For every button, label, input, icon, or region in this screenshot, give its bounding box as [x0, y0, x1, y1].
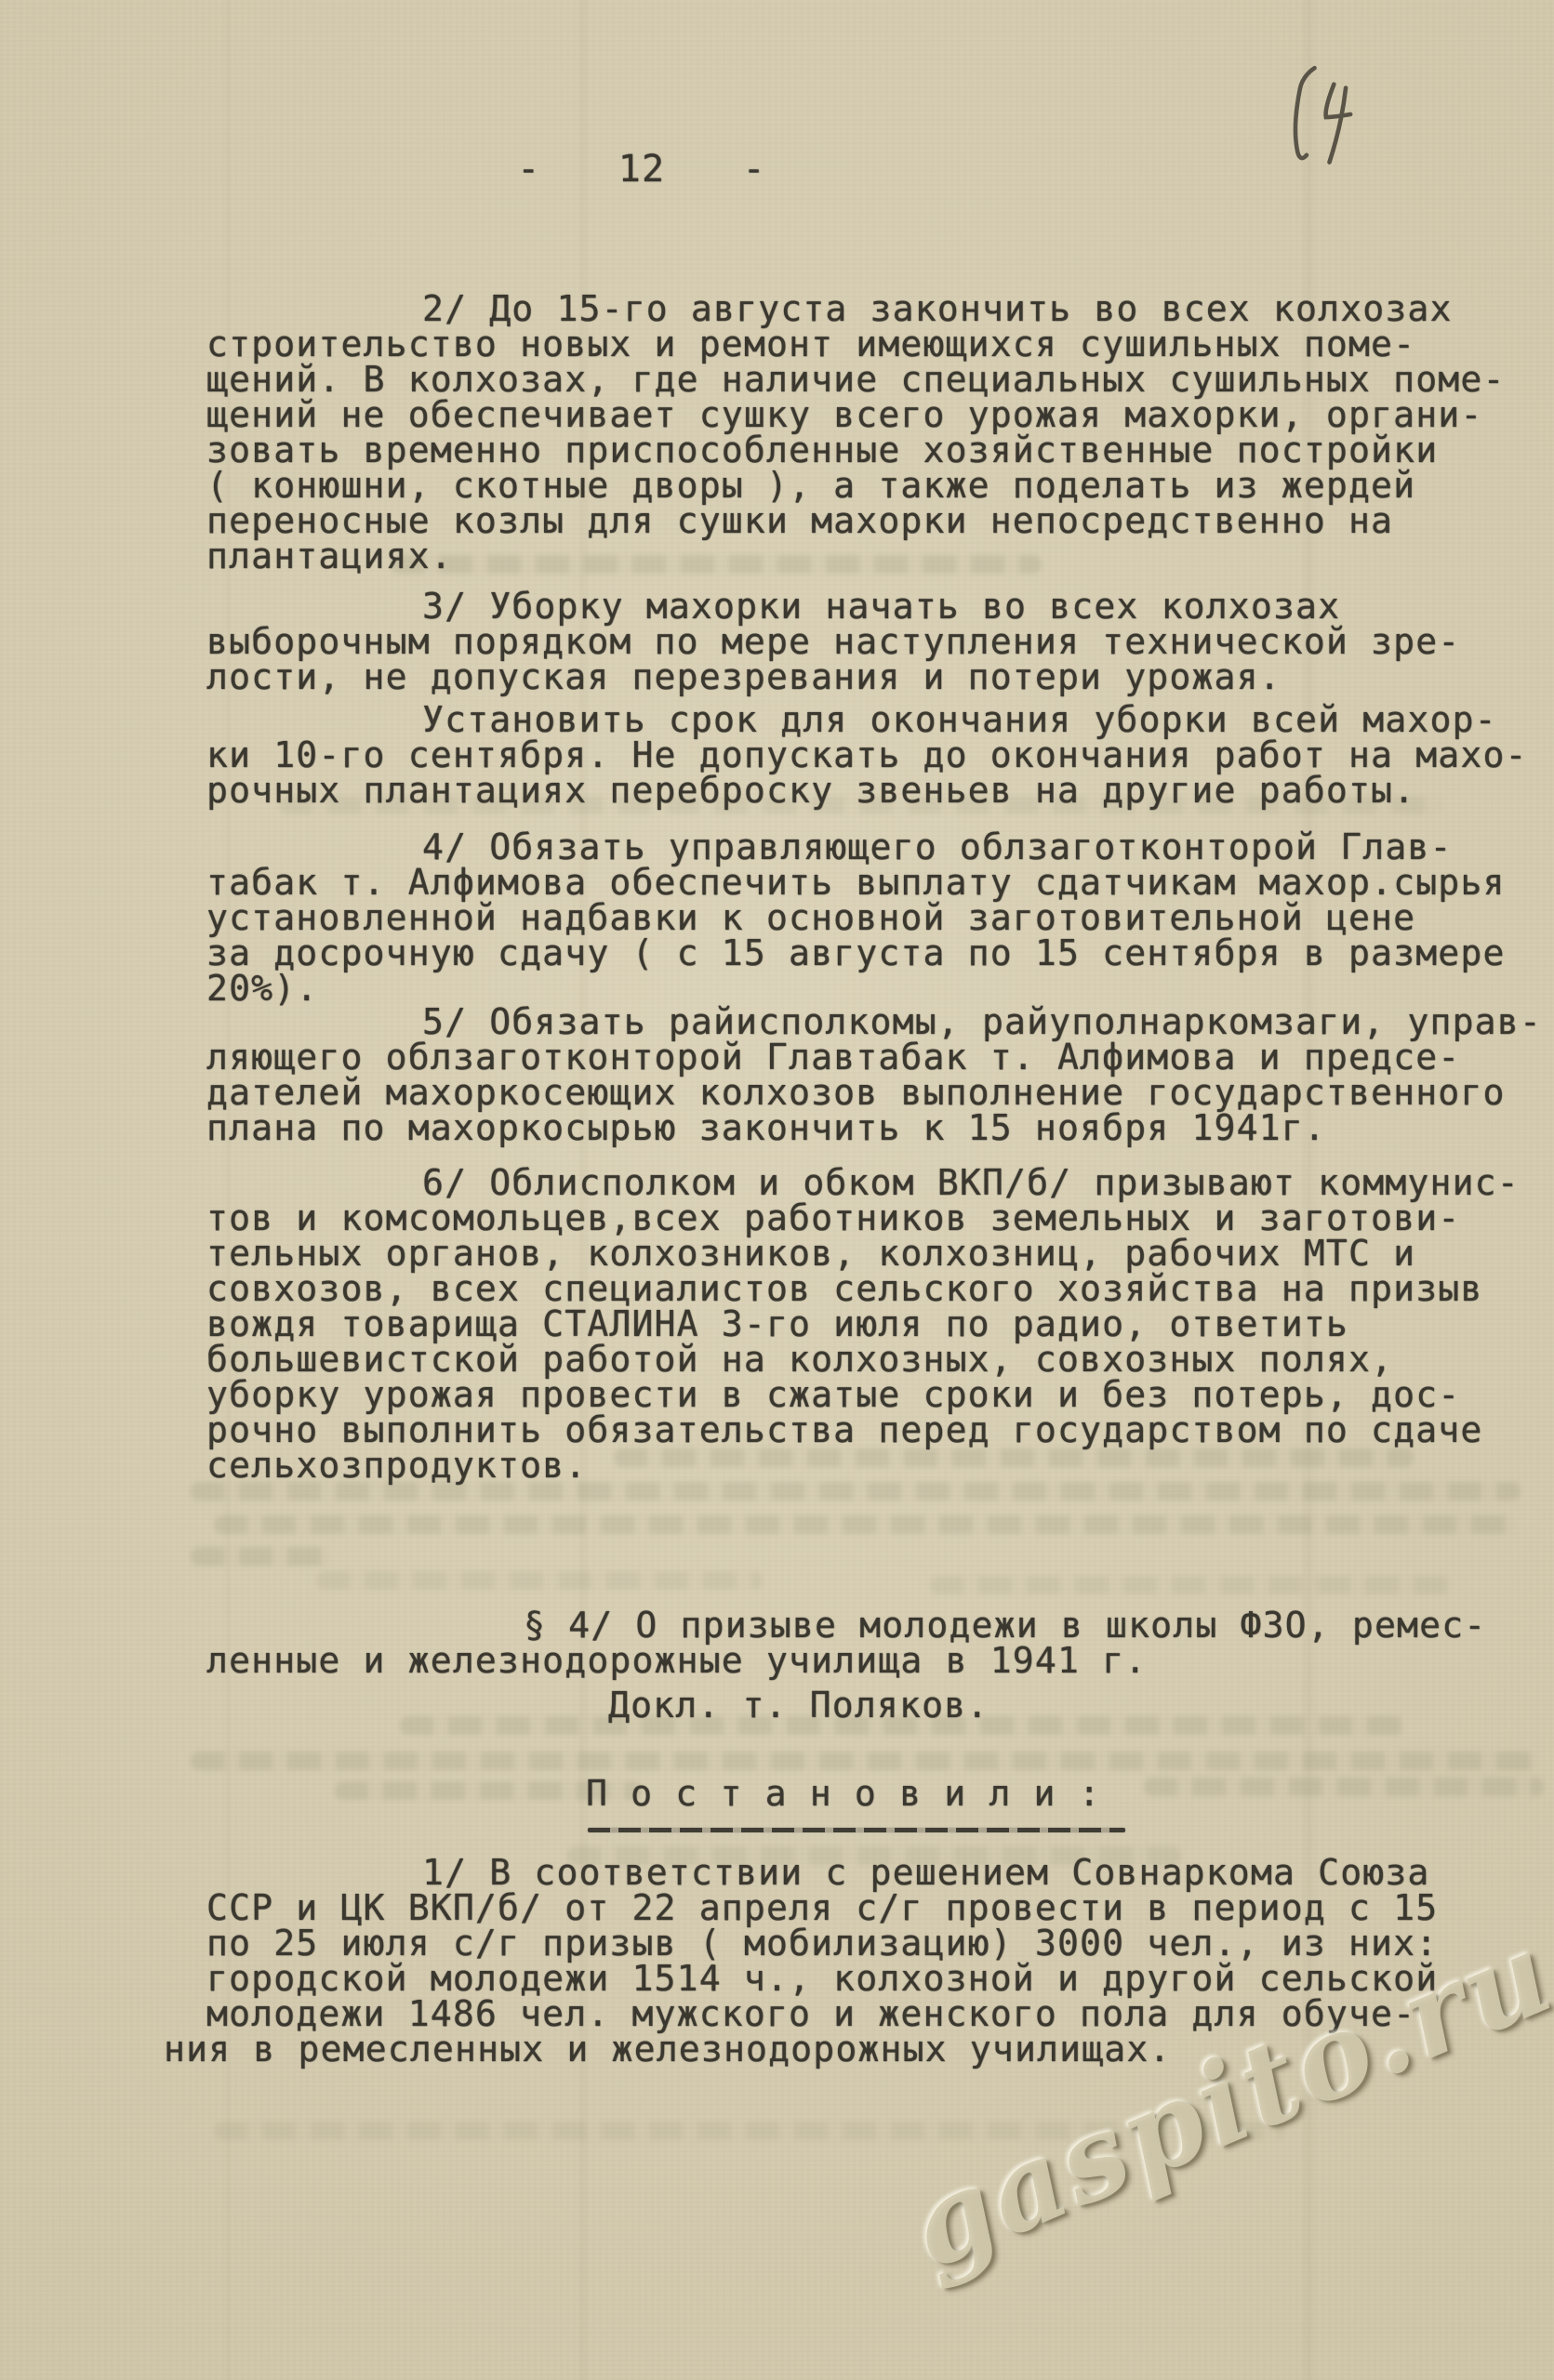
text-line: 3/ Уборку махорки начать во всех колхоза…: [206, 588, 1538, 624]
text-line: Установить срок для окончания уборки все…: [206, 702, 1538, 737]
text-line: зовать временно приспособленные хозяйств…: [206, 432, 1538, 468]
text-line: тов и комсомольцев,всех работников земел…: [206, 1200, 1538, 1236]
text-line: 2/ До 15-го августа закончить во всех ко…: [206, 291, 1538, 326]
bleed-through-text: [930, 1576, 1451, 1594]
resolved-heading: П о с т а н о в и л и :: [586, 1776, 1101, 1811]
text-line: рочных плантациях переброску звеньев на …: [206, 773, 1538, 808]
bleed-through-text: [191, 1752, 1539, 1770]
text-line: 5/ Обязать райисполкомы, райуполнаркомза…: [206, 1004, 1538, 1039]
bleed-through-text: [191, 1547, 330, 1566]
text-line: сельхозпродуктов.: [206, 1448, 1538, 1483]
text-line: ССР и ЦК ВКП/б/ от 22 апреля с/г провест…: [206, 1890, 1538, 1925]
handwritten-folio-number: 14: [1282, 59, 1367, 172]
paragraph-2: 2/ До 15-го августа закончить во всех ко…: [206, 291, 1538, 574]
speaker-line: Докл. т. Поляков.: [608, 1687, 989, 1723]
text-line: ( конюшни, скотные дворы ), а также поде…: [206, 468, 1538, 503]
text-line: плана по махоркосырью закончить к 15 ноя…: [206, 1110, 1538, 1145]
bleed-through-text: [316, 1571, 763, 1590]
bleed-through-text: [1144, 1778, 1544, 1796]
paragraph-4: 4/ Обязать управляющего облзаготконторой…: [206, 829, 1538, 1006]
text-line: плантациях.: [206, 538, 1538, 574]
text-line: табак т. Алфимова обеспечить выплату сда…: [206, 865, 1538, 900]
text-line: щений. В колхозах, где наличие специальн…: [206, 362, 1538, 397]
resolved-heading-underline: [588, 1828, 1125, 1832]
text-line: 1/ В соответствии с решением Совнаркома …: [206, 1855, 1538, 1890]
text-line: 4/ Обязать управляющего облзаготконторой…: [206, 829, 1538, 865]
text-line: тельных органов, колхозников, колхозниц,…: [206, 1236, 1538, 1271]
text-line: рочно выполнить обязательства перед госу…: [206, 1412, 1538, 1448]
text-line: лости, не допуская перезревания и потери…: [206, 659, 1538, 694]
text-line: 6/ Облисполком и обком ВКП/б/ призывают …: [206, 1165, 1538, 1200]
text-line: ки 10-го сентября. Не допускать до оконч…: [206, 737, 1538, 773]
paragraph-3-deadline: Установить срок для окончания уборки все…: [206, 702, 1538, 808]
text-line: большевистской работой на колхозных, сов…: [206, 1342, 1538, 1377]
text-line: совхозов, всех специалистов сельского хо…: [206, 1271, 1538, 1306]
bleed-through-text: [214, 1515, 1516, 1534]
text-line: строительство новых и ремонт имеющихся с…: [206, 326, 1538, 362]
text-line: щений не обеспечивает сушку всего урожая…: [206, 397, 1538, 432]
text-line: выборочным порядком по мере наступления …: [206, 624, 1538, 659]
page-number: - 12 -: [502, 151, 781, 188]
text-line: по 25 июля с/г призыв ( мобилизацию) 300…: [206, 1925, 1538, 1961]
paragraph-5: 5/ Обязать райисполкомы, райуполнаркомза…: [206, 1004, 1538, 1145]
text-line: ленные и железнодорожные училища в 1941 …: [206, 1643, 1538, 1678]
text-line: вождя товарища СТАЛИНА 3-го июля по ради…: [206, 1306, 1538, 1342]
section-4-heading: § 4/ О призыве молодежи в школы ФЗО, рем…: [206, 1607, 1538, 1678]
text-line: ляющего облзаготконторой Главтабак т. Ал…: [206, 1039, 1538, 1075]
text-line: дателей махоркосеющих колхозов выполнени…: [206, 1075, 1538, 1110]
text-line: за досрочную сдачу ( с 15 августа по 15 …: [206, 935, 1538, 971]
text-line: переносные козлы для сушки махорки непос…: [206, 503, 1538, 538]
paragraph-3: 3/ Уборку махорки начать во всех колхоза…: [206, 588, 1538, 694]
text-line: уборку урожая провести в сжатые сроки и …: [206, 1377, 1538, 1412]
scanned-document-page: - 12 - 14 2/ До 15-го августа закончить …: [0, 0, 1554, 2380]
text-line: установленной надбавки к основной загото…: [206, 900, 1538, 935]
text-line: § 4/ О призыве молодежи в школы ФЗО, рем…: [206, 1607, 1538, 1643]
paragraph-6: 6/ Облисполком и обком ВКП/б/ призывают …: [206, 1165, 1538, 1483]
